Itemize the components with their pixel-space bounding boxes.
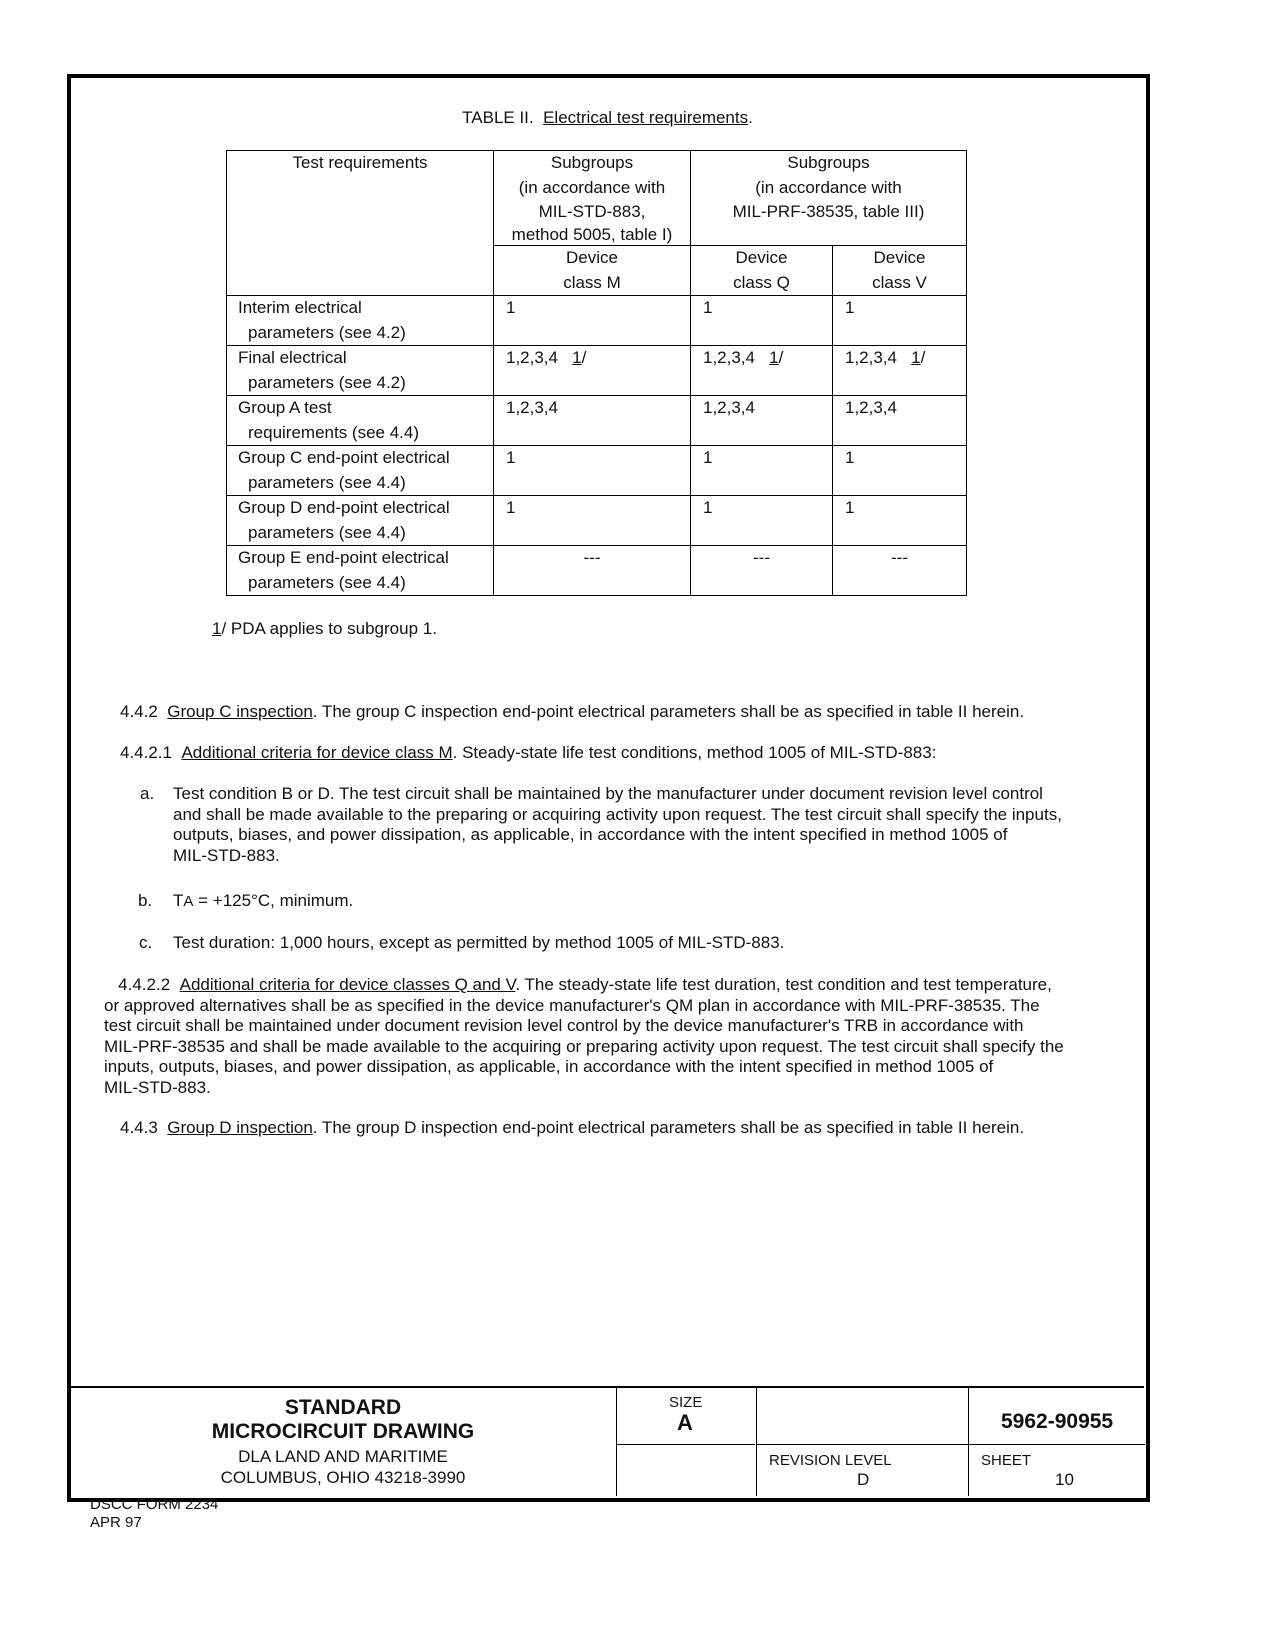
- header-test-requirements: Test requirements: [227, 151, 494, 296]
- item-a-label: a.: [140, 784, 154, 805]
- class-q-subgroups-cell: 1: [691, 296, 833, 346]
- header-device-class-v: Deviceclass V: [833, 246, 967, 296]
- item-a-text: Test condition B or D. The test circuit …: [173, 784, 1062, 866]
- table-title: TABLE II. Electrical test requirements.: [0, 108, 1215, 128]
- table-footnote: 1/ PDA applies to subgroup 1.: [212, 619, 437, 639]
- table-row: Group A testrequirements (see 4.4)1,2,3,…: [227, 396, 967, 446]
- drawing-number: 5962-90955: [1001, 1410, 1113, 1434]
- class-v-subgroups-cell: 1: [833, 496, 967, 546]
- electrical-test-requirements-table: Test requirements Subgroups (in accordan…: [226, 150, 967, 596]
- item-c-label: c.: [139, 933, 152, 954]
- size-cell: SIZE A: [616, 1388, 755, 1496]
- class-q-subgroups-cell: 1,2,3,4 1/: [691, 346, 833, 396]
- section-4-4-2-2: 4.4.2.2 Additional criteria for device c…: [104, 975, 1064, 1098]
- test-requirement-cell: Interim electricalparameters (see 4.2): [227, 296, 494, 346]
- table-caption: Electrical test requirements: [543, 108, 748, 127]
- class-q-subgroups-cell: 1: [691, 496, 833, 546]
- class-m-subgroups-cell: 1,2,3,4 1/: [494, 346, 691, 396]
- class-v-subgroups-cell: 1: [833, 296, 967, 346]
- sheet-number: 10: [1055, 1470, 1074, 1490]
- class-m-subgroups-cell: 1: [494, 496, 691, 546]
- class-m-subgroups-cell: 1: [494, 296, 691, 346]
- header-device-class-q: Deviceclass Q: [691, 246, 833, 296]
- class-m-subgroups-cell: ---: [494, 546, 691, 596]
- class-q-subgroups-cell: 1,2,3,4: [691, 396, 833, 446]
- section-4-4-3: 4.4.3 Group D inspection. The group D in…: [120, 1118, 1024, 1139]
- class-q-subgroups-cell: 1: [691, 446, 833, 496]
- class-m-subgroups-cell: 1: [494, 446, 691, 496]
- class-v-subgroups-cell: 1: [833, 446, 967, 496]
- class-q-subgroups-cell: ---: [691, 546, 833, 596]
- table-row: Group C end-point electricalparameters (…: [227, 446, 967, 496]
- item-c-text: Test duration: 1,000 hours, except as pe…: [173, 933, 784, 954]
- test-requirement-cell: Group E end-point electricalparameters (…: [227, 546, 494, 596]
- header-subgroups-883: Subgroups (in accordance with MIL-STD-88…: [494, 151, 691, 246]
- table-row: Group D end-point electricalparameters (…: [227, 496, 967, 546]
- section-4-4-2: 4.4.2 Group C inspection. The group C in…: [120, 702, 1024, 723]
- title-block-name: STANDARD MICROCIRCUIT DRAWING DLA LAND A…: [70, 1396, 616, 1488]
- class-v-subgroups-cell: ---: [833, 546, 967, 596]
- form-designation: DSCC FORM 2234 APR 97: [90, 1496, 218, 1532]
- test-requirement-cell: Final electricalparameters (see 4.2): [227, 346, 494, 396]
- table-number: TABLE II.: [462, 108, 534, 127]
- header-subgroups-38535: Subgroups (in accordance with MIL-PRF-38…: [691, 151, 967, 246]
- class-v-subgroups-cell: 1,2,3,4 1/: [833, 346, 967, 396]
- revision-cell: REVISION LEVEL D: [756, 1388, 969, 1496]
- test-requirement-cell: Group C end-point electricalparameters (…: [227, 446, 494, 496]
- item-b-text: TA = +125°C, minimum.: [173, 891, 353, 913]
- table-row: Interim electricalparameters (see 4.2)11…: [227, 296, 967, 346]
- table-caption-period: .: [748, 108, 753, 127]
- item-b-label: b.: [138, 891, 152, 912]
- section-4-4-2-1: 4.4.2.1 Additional criteria for device c…: [120, 743, 936, 764]
- header-device-class-m: Deviceclass M: [494, 246, 691, 296]
- title-block: STANDARD MICROCIRCUIT DRAWING DLA LAND A…: [70, 1386, 1144, 1496]
- table-row: Final electricalparameters (see 4.2)1,2,…: [227, 346, 967, 396]
- table-row: Group E end-point electricalparameters (…: [227, 546, 967, 596]
- drawing-number-cell: 5962-90955 SHEET 10: [968, 1388, 1145, 1496]
- class-m-subgroups-cell: 1,2,3,4: [494, 396, 691, 446]
- class-v-subgroups-cell: 1,2,3,4: [833, 396, 967, 446]
- test-requirement-cell: Group A testrequirements (see 4.4): [227, 396, 494, 446]
- test-requirement-cell: Group D end-point electricalparameters (…: [227, 496, 494, 546]
